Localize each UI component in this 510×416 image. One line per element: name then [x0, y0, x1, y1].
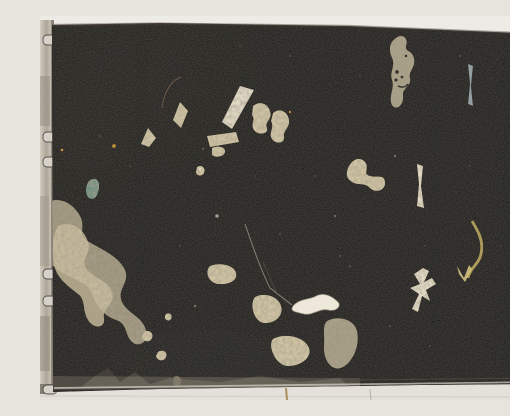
photo-plate [40, 16, 510, 392]
plate-grain-overlay [52, 23, 510, 392]
bottom-band-mark [286, 388, 287, 400]
binding-smudge [40, 316, 50, 371]
binding-strip [40, 20, 54, 394]
photo-canvas [40, 16, 510, 400]
binding-smudge [40, 196, 49, 266]
album-page-photo [40, 16, 510, 400]
binding-smudge [40, 76, 50, 126]
